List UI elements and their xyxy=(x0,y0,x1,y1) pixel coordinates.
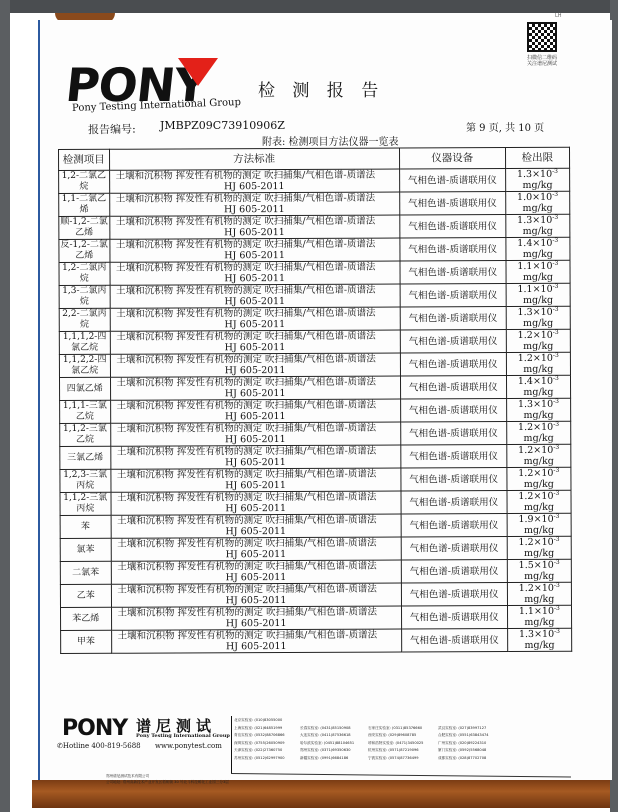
method-text: 土壤和沉积物 挥发性有机物的测定 吹扫捕集/气相色谱-质谱法 xyxy=(110,193,399,205)
limit-value: 1.2×10-3 xyxy=(507,468,570,479)
limit-value: 1.1×10-3 xyxy=(506,261,569,272)
limit-unit: mg/kg xyxy=(506,203,569,214)
cell-method: 土壤和沉积物 挥发性有机物的测定 吹扫捕集/气相色谱-质谱法HJ 605-201… xyxy=(109,192,399,216)
cell-item: 1,2-二氯乙烷 xyxy=(59,170,110,193)
method-text: 土壤和沉积物 挥发性有机物的测定 吹扫捕集/气相色谱-质谱法 xyxy=(112,607,401,619)
lab-contact: 新疆实验室: (0991)6684186 xyxy=(300,755,354,763)
cell-limit: 1.1×10-3mg/kg xyxy=(506,283,570,306)
limit-value: 1.9×10-3 xyxy=(507,514,570,525)
cell-instrument: 气相色谱-质谱联用仪 xyxy=(399,169,505,192)
cell-limit: 1.2×10-3mg/kg xyxy=(507,536,571,559)
cell-instrument: 气相色谱-质谱联用仪 xyxy=(400,399,506,422)
limit-unit: mg/kg xyxy=(508,571,571,582)
cell-method: 土壤和沉积物 挥发性有机物的测定 吹扫捕集/气相色谱-质谱法HJ 605-201… xyxy=(110,491,400,515)
cell-method: 土壤和沉积物 挥发性有机物的测定 吹扫捕集/气相色谱-质谱法HJ 605-201… xyxy=(110,284,400,308)
table-row: 四氯乙烯土壤和沉积物 挥发性有机物的测定 吹扫捕集/气相色谱-质谱法HJ 605… xyxy=(59,375,570,400)
cell-method: 土壤和沉积物 挥发性有机物的测定 吹扫捕集/气相色谱-质谱法HJ 605-201… xyxy=(109,215,399,239)
method-instrument-table: 检测项目 方法标准 仪器设备 检出限 1,2-二氯乙烷土壤和沉积物 挥发性有机物… xyxy=(58,147,572,654)
footer-logo-en: Pony Testing International Group xyxy=(136,733,230,739)
table-row: 乙苯土壤和沉积物 挥发性有机物的测定 吹扫捕集/气相色谱-质谱法HJ 605-2… xyxy=(60,582,571,607)
cell-limit: 1.2×10-3mg/kg xyxy=(506,329,570,352)
cell-method: 土壤和沉积物 挥发性有机物的测定 吹扫捕集/气相色谱-质谱法HJ 605-201… xyxy=(110,445,400,469)
cell-item: 二氯苯 xyxy=(60,561,111,584)
cell-instrument: 气相色谱-质谱联用仪 xyxy=(401,606,507,629)
hotline: ✆Hotline 400-819-5688 xyxy=(57,742,141,750)
method-standard: HJ 605-2011 xyxy=(110,250,399,262)
limit-unit: mg/kg xyxy=(507,479,570,490)
method-text: 土壤和沉积物 挥发性有机物的测定 吹扫捕集/气相色谱-质谱法 xyxy=(110,308,399,320)
method-standard: HJ 605-2011 xyxy=(111,595,400,607)
lab-column: 长春实验室: (0431)85150908大连实验室: (0411)875366… xyxy=(300,717,354,763)
method-standard: HJ 605-2011 xyxy=(111,457,400,469)
method-standard: HJ 605-2011 xyxy=(110,273,399,285)
cell-limit: 1.4×10-3mg/kg xyxy=(506,375,570,398)
cell-limit: 1.2×10-3mg/kg xyxy=(507,467,571,490)
company-address: 郑州谱尼测试技术有限公司 公司地址: 郑州高新技术产业开发区梧桐街 30 号北斗… xyxy=(106,773,229,785)
table-row: 二氯苯土壤和沉积物 挥发性有机物的测定 吹扫捕集/气相色谱-质谱法HJ 605-… xyxy=(60,559,571,584)
cell-item: 三氯乙烯 xyxy=(60,446,111,469)
cell-limit: 1.0×10-3mg/kg xyxy=(505,191,569,214)
limit-unit: mg/kg xyxy=(507,456,570,467)
cell-method: 土壤和沉积物 挥发性有机物的测定 吹扫捕集/气相色谱-质谱法HJ 605-201… xyxy=(110,353,400,377)
lab-contact: 哈尔滨实验室: (0451)88104651 xyxy=(300,740,354,748)
lab-contact: 天津实验室: (022)27360750 xyxy=(234,747,285,755)
table-row: 1,2,3-三氯丙烷土壤和沉积物 挥发性有机物的测定 吹扫捕集/气相色谱-质谱法… xyxy=(60,467,571,492)
limit-value: 1.1×10-3 xyxy=(506,284,569,295)
lab-column: 石家庄实验室: (0311)85376660西安实验室: (029)896087… xyxy=(368,717,423,763)
cell-instrument: 气相色谱-质谱联用仪 xyxy=(400,261,506,284)
method-standard: HJ 605-2011 xyxy=(112,618,401,630)
cell-limit: 1.3×10-3mg/kg xyxy=(505,214,569,237)
table-row: 三氯乙烯土壤和沉积物 挥发性有机物的测定 吹扫捕集/气相色谱-质谱法HJ 605… xyxy=(60,444,571,469)
cell-limit: 1.3×10-3mg/kg xyxy=(507,628,571,651)
cell-method: 土壤和沉积物 挥发性有机物的测定 吹扫捕集/气相色谱-质谱法HJ 605-201… xyxy=(111,606,401,630)
table-row: 1,1,2-三氯乙烷土壤和沉积物 挥发性有机物的测定 吹扫捕集/气相色谱-质谱法… xyxy=(60,421,571,446)
limit-unit: mg/kg xyxy=(507,387,570,398)
limit-unit: mg/kg xyxy=(507,502,570,513)
cell-limit: 1.2×10-3mg/kg xyxy=(507,490,571,513)
method-text: 土壤和沉积物 挥发性有机物的测定 吹扫捕集/气相色谱-质谱法 xyxy=(111,492,400,504)
cell-limit: 1.1×10-3mg/kg xyxy=(507,605,571,628)
footer-logo: PONY xyxy=(62,716,127,741)
cell-method: 土壤和沉积物 挥发性有机物的测定 吹扫捕集/气相色谱-质谱法HJ 605-201… xyxy=(109,261,399,285)
limit-unit: mg/kg xyxy=(506,249,569,260)
limit-value: 1.2×10-3 xyxy=(507,353,570,364)
limit-unit: mg/kg xyxy=(507,525,570,536)
method-standard: HJ 605-2011 xyxy=(111,388,400,400)
viewer-left-border xyxy=(0,0,10,812)
cell-item: 1,1,2-三氯乙烷 xyxy=(60,423,111,446)
lab-contact: 杭州实验室: (0571)87219096 xyxy=(368,747,423,755)
method-text: 土壤和沉积物 挥发性有机物的测定 吹扫捕集/气相色谱-质谱法 xyxy=(111,400,400,412)
lab-contact: 苏州实验室: (0512)62997900 xyxy=(234,755,285,763)
method-standard: HJ 605-2011 xyxy=(111,434,400,446)
cell-instrument: 气相色谱-质谱联用仪 xyxy=(401,537,507,560)
cell-method: 土壤和沉积物 挥发性有机物的测定 吹扫捕集/气相色谱-质谱法HJ 605-201… xyxy=(110,399,400,423)
cell-item: 1,1-二氯乙烯 xyxy=(59,193,110,216)
logo-red-triangle-icon xyxy=(178,58,218,86)
lab-contact: 厦门实验室: (0592)5568048 xyxy=(438,747,489,755)
cell-item: 四氯乙烯 xyxy=(59,377,110,400)
cell-limit: 1.4×10-3mg/kg xyxy=(506,237,570,260)
table-row: 顺-1,2-二氯乙烯土壤和沉积物 挥发性有机物的测定 吹扫捕集/气相色谱-质谱法… xyxy=(59,214,570,239)
cell-instrument: 气相色谱-质谱联用仪 xyxy=(400,307,506,330)
cell-item: 1,1,2-三氯丙烷 xyxy=(60,492,111,515)
lab-contact: 上海实验室: (021)64851999 xyxy=(234,725,285,733)
method-text: 土壤和沉积物 挥发性有机物的测定 吹扫捕集/气相色谱-质谱法 xyxy=(110,331,399,343)
table-subtitle: 附表: 检测项目方法仪器一览表 xyxy=(262,133,399,148)
limit-value: 1.3×10-3 xyxy=(506,307,569,318)
table-row: 1,2-二氯乙烷土壤和沉积物 挥发性有机物的测定 吹扫捕集/气相色谱-质谱法HJ… xyxy=(59,168,570,193)
table-header-row: 检测项目 方法标准 仪器设备 检出限 xyxy=(59,147,570,170)
method-standard: HJ 605-2011 xyxy=(110,319,399,331)
cell-limit: 1.9×10-3mg/kg xyxy=(507,513,571,536)
lab-contact: 宁波实验室: (0574)87736499 xyxy=(368,755,423,763)
cell-method: 土壤和沉积物 挥发性有机物的测定 吹扫捕集/气相色谱-质谱法HJ 605-201… xyxy=(110,422,400,446)
qr-caption: 扫微信二维码 关注谱尼测试 xyxy=(522,55,562,67)
cell-instrument: 气相色谱-质谱联用仪 xyxy=(401,468,507,491)
cell-instrument: 气相色谱-质谱联用仪 xyxy=(400,422,506,445)
cell-item: 反-1,2-二氯乙烯 xyxy=(59,239,110,262)
document-title: 检 测 报 告 xyxy=(258,76,384,101)
cell-instrument: 气相色谱-质谱联用仪 xyxy=(401,560,507,583)
cell-item: 甲苯 xyxy=(61,630,112,653)
cell-limit: 1.1×10-3mg/kg xyxy=(506,260,570,283)
method-standard: HJ 605-2011 xyxy=(110,296,399,308)
method-standard: HJ 605-2011 xyxy=(110,181,399,193)
method-text: 土壤和沉积物 挥发性有机物的测定 吹扫捕集/气相色谱-质谱法 xyxy=(110,354,399,366)
cell-instrument: 气相色谱-质谱联用仪 xyxy=(401,514,507,537)
method-standard: HJ 605-2011 xyxy=(110,204,399,216)
limit-unit: mg/kg xyxy=(507,548,570,559)
cell-limit: 1.2×10-3mg/kg xyxy=(507,582,571,605)
col-header-item: 检测项目 xyxy=(59,149,110,170)
cell-item: 乙苯 xyxy=(60,584,111,607)
limit-value: 1.3×10-3 xyxy=(506,215,569,226)
cell-limit: 1.3×10-3mg/kg xyxy=(506,398,570,421)
method-text: 土壤和沉积物 挥发性有机物的测定 吹扫捕集/气相色谱-质谱法 xyxy=(110,377,399,389)
cell-item: 顺-1,2-二氯乙烯 xyxy=(59,216,110,239)
lab-contact xyxy=(300,717,354,725)
limit-value: 1.0×10-3 xyxy=(506,192,569,203)
lab-column: 北京实验室: (010)83055000上海实验室: (021)64851999… xyxy=(234,717,285,763)
limit-value: 1.1×10-3 xyxy=(508,606,571,617)
col-header-method: 方法标准 xyxy=(109,148,399,170)
lab-contact: 呼和浩特实验室: (0471)3450025 xyxy=(368,740,423,748)
viewer-top-bar xyxy=(0,0,618,13)
method-standard: HJ 605-2011 xyxy=(110,365,399,377)
lab-column: 武汉实验室: (027)83997127合肥实验室: (0551)6384347… xyxy=(438,717,489,763)
lab-contact: 大连实验室: (0411)87536618 xyxy=(300,732,354,740)
cell-item: 1,1,2,2-四氯乙烷 xyxy=(59,354,110,377)
limit-unit: mg/kg xyxy=(507,364,570,375)
method-standard: HJ 605-2011 xyxy=(110,227,399,239)
cell-instrument: 气相色谱-质谱联用仪 xyxy=(401,583,507,606)
limit-unit: mg/kg xyxy=(508,617,571,628)
cell-item: 1,2-二氯丙烷 xyxy=(59,262,110,285)
limit-value: 1.2×10-3 xyxy=(507,491,570,502)
qr-code-icon xyxy=(527,22,557,52)
cell-method: 土壤和沉积物 挥发性有机物的测定 吹扫捕集/气相色谱-质谱法HJ 605-201… xyxy=(111,583,401,607)
method-text: 土壤和沉积物 挥发性有机物的测定 吹扫捕集/气相色谱-质谱法 xyxy=(110,262,399,274)
method-text: 土壤和沉积物 挥发性有机物的测定 吹扫捕集/气相色谱-质谱法 xyxy=(110,239,399,251)
cell-instrument: 气相色谱-质谱联用仪 xyxy=(400,238,506,261)
lab-contact: 长春实验室: (0431)85150908 xyxy=(300,725,354,733)
col-header-instrument: 仪器设备 xyxy=(399,148,505,169)
report-number: JMBPZ09C73910906Z xyxy=(160,119,285,132)
cell-limit: 1.3×10-3mg/kg xyxy=(505,168,569,191)
table-row: 氯苯土壤和沉积物 挥发性有机物的测定 吹扫捕集/气相色谱-质谱法HJ 605-2… xyxy=(60,536,571,561)
cell-instrument: 气相色谱-质谱联用仪 xyxy=(401,629,507,652)
method-standard: HJ 605-2011 xyxy=(111,411,400,423)
method-standard: HJ 605-2011 xyxy=(111,503,400,515)
cell-instrument: 气相色谱-质谱联用仪 xyxy=(400,215,506,238)
cell-method: 土壤和沉积物 挥发性有机物的测定 吹扫捕集/气相色谱-质谱法HJ 605-201… xyxy=(110,307,400,331)
table-row: 1,1,1-三氯乙烷土壤和沉积物 挥发性有机物的测定 吹扫捕集/气相色谱-质谱法… xyxy=(60,398,571,423)
limit-value: 1.3×10-3 xyxy=(508,629,571,640)
cell-instrument: 气相色谱-质谱联用仪 xyxy=(400,284,506,307)
cell-method: 土壤和沉积物 挥发性有机物的测定 吹扫捕集/气相色谱-质谱法HJ 605-201… xyxy=(110,330,400,354)
method-text: 土壤和沉积物 挥发性有机物的测定 吹扫捕集/气相色谱-质谱法 xyxy=(110,170,399,182)
limit-unit: mg/kg xyxy=(507,433,570,444)
limit-value: 1.3×10-3 xyxy=(507,399,570,410)
table-row: 1,1,2-三氯丙烷土壤和沉积物 挥发性有机物的测定 吹扫捕集/气相色谱-质谱法… xyxy=(60,490,571,515)
method-standard: HJ 605-2011 xyxy=(111,480,400,492)
method-text: 土壤和沉积物 挥发性有机物的测定 吹扫捕集/气相色谱-质谱法 xyxy=(110,285,399,297)
method-text: 土壤和沉积物 挥发性有机物的测定 吹扫捕集/气相色谱-质谱法 xyxy=(111,561,400,573)
table-row: 1,2-二氯丙烷土壤和沉积物 挥发性有机物的测定 吹扫捕集/气相色谱-质谱法HJ… xyxy=(59,260,570,285)
method-text: 土壤和沉积物 挥发性有机物的测定 吹扫捕集/气相色谱-质谱法 xyxy=(111,446,400,458)
table-row: 1,3-二氯丙烷土壤和沉积物 挥发性有机物的测定 吹扫捕集/气相色谱-质谱法HJ… xyxy=(59,283,570,308)
report-number-label: 报告编号: xyxy=(88,121,136,138)
table-row: 反-1,2-二氯乙烯土壤和沉积物 挥发性有机物的测定 吹扫捕集/气相色谱-质谱法… xyxy=(59,237,570,262)
method-text: 土壤和沉积物 挥发性有机物的测定 吹扫捕集/气相色谱-质谱法 xyxy=(110,216,399,228)
limit-value: 1.4×10-3 xyxy=(506,238,569,249)
cell-limit: 1.2×10-3mg/kg xyxy=(506,421,570,444)
lab-contact: 西安实验室: (029)89608785 xyxy=(368,732,423,740)
limit-unit: mg/kg xyxy=(507,410,570,421)
limit-value: 1.2×10-3 xyxy=(507,422,570,433)
method-text: 土壤和沉积物 挥发性有机物的测定 吹扫捕集/气相色谱-质谱法 xyxy=(111,538,400,550)
table-row: 苯乙烯土壤和沉积物 挥发性有机物的测定 吹扫捕集/气相色谱-质谱法HJ 605-… xyxy=(61,605,572,630)
lab-contact: 广州实验室: (020)89224310 xyxy=(438,740,489,748)
cell-method: 土壤和沉积物 挥发性有机物的测定 吹扫捕集/气相色谱-质谱法HJ 605-201… xyxy=(111,537,401,561)
cell-item: 苯乙烯 xyxy=(61,607,112,630)
cell-method: 土壤和沉积物 挥发性有机物的测定 吹扫捕集/气相色谱-质谱法HJ 605-201… xyxy=(111,629,401,653)
cell-instrument: 气相色谱-质谱联用仪 xyxy=(400,376,506,399)
table-row: 1,1-二氯乙烯土壤和沉积物 挥发性有机物的测定 吹扫捕集/气相色谱-质谱法HJ… xyxy=(59,191,570,216)
lab-contact: 北京实验室: (010)83055000 xyxy=(234,717,285,725)
table-row: 1,1,1,2-四氯乙烷土壤和沉积物 挥发性有机物的测定 吹扫捕集/气相色谱-质… xyxy=(59,329,570,354)
limit-unit: mg/kg xyxy=(506,180,569,191)
limit-unit: mg/kg xyxy=(506,295,569,306)
footer-divider xyxy=(231,716,232,773)
limit-value: 1.4×10-3 xyxy=(507,376,570,387)
cell-instrument: 气相色谱-质谱联用仪 xyxy=(400,353,506,376)
limit-unit: mg/kg xyxy=(508,640,571,651)
table-row: 2,2-二氯丙烷土壤和沉积物 挥发性有机物的测定 吹扫捕集/气相色谱-质谱法HJ… xyxy=(59,306,570,331)
cell-item: 2,2-二氯丙烷 xyxy=(59,308,110,331)
method-standard: HJ 605-2011 xyxy=(111,549,400,561)
corner-mark: LH xyxy=(555,13,562,19)
cell-method: 土壤和沉积物 挥发性有机物的测定 吹扫捕集/气相色谱-质谱法HJ 605-201… xyxy=(109,238,399,262)
method-text: 土壤和沉积物 挥发性有机物的测定 吹扫捕集/气相色谱-质谱法 xyxy=(111,584,400,596)
method-standard: HJ 605-2011 xyxy=(112,641,401,653)
cell-method: 土壤和沉积物 挥发性有机物的测定 吹扫捕集/气相色谱-质谱法HJ 605-201… xyxy=(109,169,399,193)
cell-item: 苯 xyxy=(60,515,111,538)
table-row: 苯土壤和沉积物 挥发性有机物的测定 吹扫捕集/气相色谱-质谱法HJ 605-20… xyxy=(60,513,571,538)
cell-limit: 1.2×10-3mg/kg xyxy=(506,444,570,467)
lab-contact: 武汉实验室: (027)83997127 xyxy=(438,725,489,733)
cell-item: 1,1,1-三氯乙烷 xyxy=(60,400,111,423)
limit-value: 1.2×10-3 xyxy=(507,537,570,548)
lab-contact: 深圳实验室: (0755)26050909 xyxy=(234,740,285,748)
limit-unit: mg/kg xyxy=(506,318,569,329)
cell-instrument: 气相色谱-质谱联用仪 xyxy=(399,192,505,215)
lab-contact: 石家庄实验室: (0311)85376660 xyxy=(368,725,423,733)
cell-item: 1,3-二氯丙烷 xyxy=(59,285,110,308)
limit-value: 1.2×10-3 xyxy=(508,583,571,594)
cell-method: 土壤和沉积物 挥发性有机物的测定 吹扫捕集/气相色谱-质谱法HJ 605-201… xyxy=(110,376,400,400)
method-standard: HJ 605-2011 xyxy=(110,342,399,354)
cell-item: 氯苯 xyxy=(60,538,111,561)
lab-contact: 郑州实验室: (0371)69350630 xyxy=(300,747,354,755)
lab-contact: 成都实验室: (028)87702708 xyxy=(438,755,489,763)
lab-contact xyxy=(368,717,423,725)
limit-unit: mg/kg xyxy=(507,341,570,352)
cell-method: 土壤和沉积物 挥发性有机物的测定 吹扫捕集/气相色谱-质谱法HJ 605-201… xyxy=(110,468,400,492)
cell-item: 1,2,3-三氯丙烷 xyxy=(60,469,111,492)
limit-unit: mg/kg xyxy=(506,272,569,283)
lab-contact xyxy=(438,717,489,725)
page-info: 第 9 页, 共 10 页 xyxy=(466,119,544,134)
cell-limit: 1.3×10-3mg/kg xyxy=(506,306,570,329)
cell-instrument: 气相色谱-质谱联用仪 xyxy=(401,491,507,514)
company-address-line: 公司地址: 郑州高新技术产业开发区梧桐街 30 号北斗科技孵化工业园三分3层 xyxy=(106,779,229,785)
limit-value: 1.3×10-3 xyxy=(506,169,569,180)
method-text: 土壤和沉积物 挥发性有机物的测定 吹扫捕集/气相色谱-质谱法 xyxy=(111,469,400,481)
table-row: 1,1,2,2-四氯乙烷土壤和沉积物 挥发性有机物的测定 吹扫捕集/气相色谱-质… xyxy=(59,352,570,377)
cell-method: 土壤和沉积物 挥发性有机物的测定 吹扫捕集/气相色谱-质谱法HJ 605-201… xyxy=(111,560,401,584)
cell-limit: 1.5×10-3mg/kg xyxy=(507,559,571,582)
method-standard: HJ 605-2011 xyxy=(111,572,400,584)
method-standard: HJ 605-2011 xyxy=(111,526,400,538)
method-text: 土壤和沉积物 挥发性有机物的测定 吹扫捕集/气相色谱-质谱法 xyxy=(111,423,400,435)
limit-unit: mg/kg xyxy=(506,226,569,237)
cell-instrument: 气相色谱-质谱联用仪 xyxy=(400,330,506,353)
method-text: 土壤和沉积物 挥发性有机物的测定 吹扫捕集/气相色谱-质谱法 xyxy=(111,515,400,527)
cell-instrument: 气相色谱-质谱联用仪 xyxy=(401,445,507,468)
website: www.ponytest.com xyxy=(155,742,222,750)
cell-item: 1,1,1,2-四氯乙烷 xyxy=(59,331,110,354)
limit-value: 1.5×10-3 xyxy=(508,560,571,571)
col-header-limit: 检出限 xyxy=(505,147,569,168)
cell-limit: 1.2×10-3mg/kg xyxy=(506,352,570,375)
table-row: 甲苯土壤和沉积物 挥发性有机物的测定 吹扫捕集/气相色谱-质谱法HJ 605-2… xyxy=(61,628,572,653)
method-text: 土壤和沉积物 挥发性有机物的测定 吹扫捕集/气相色谱-质谱法 xyxy=(112,630,401,642)
lab-contact: 合肥实验室: (0551)63843474 xyxy=(438,732,489,740)
limit-value: 1.2×10-3 xyxy=(507,445,570,456)
limit-unit: mg/kg xyxy=(508,594,571,605)
limit-value: 1.2×10-3 xyxy=(506,330,569,341)
lab-contact: 青岛实验室: (0532)88706866 xyxy=(234,732,285,740)
cell-method: 土壤和沉积物 挥发性有机物的测定 吹扫捕集/气相色谱-质谱法HJ 605-201… xyxy=(111,514,401,538)
